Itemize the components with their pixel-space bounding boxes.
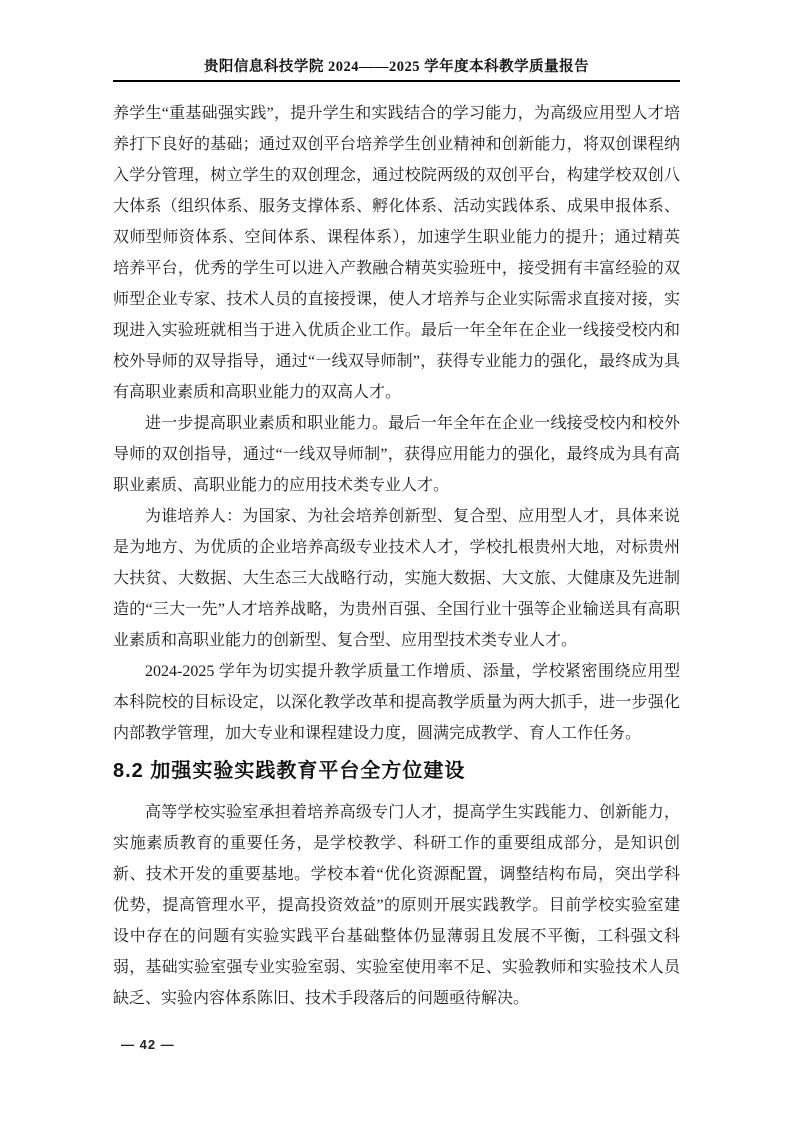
body-paragraph: 2024-2025 学年为切实提升教学质量工作增质、添量，学校紧密围绕应用型本科… [113, 656, 680, 749]
page-number: — 42 — [121, 1037, 175, 1052]
report-title: 贵阳信息科技学院 2024——2025 学年度本科教学质量报告 [113, 57, 680, 78]
body-paragraph: 高等学校实验室承担着培养高级专门人才，提高学生实践能力、创新能力，实施素质教育的… [113, 797, 680, 1014]
document-page: { "header": { "title": "贵阳信息科技学院 2024——2… [0, 0, 793, 1122]
header-divider [113, 80, 680, 82]
document-body: 养学生“重基础强实践”，提升学生和实践结合的学习能力，为高级应用型人才培养打下良… [113, 98, 680, 1014]
page-header: 贵阳信息科技学院 2024——2025 学年度本科教学质量报告 [113, 0, 680, 82]
page-footer: — 42 — [121, 1037, 175, 1052]
body-paragraph: 进一步提高职业素质和职业能力。最后一年全年在企业一线接受校内和校外导师的双创指导… [113, 408, 680, 501]
section-heading: 8.2 加强实验实践教育平台全方位建设 [113, 759, 680, 783]
body-paragraph: 养学生“重基础强实践”，提升学生和实践结合的学习能力，为高级应用型人才培养打下良… [113, 98, 680, 408]
body-paragraph: 为谁培养人：为国家、为社会培养创新型、复合型、应用型人才，具体来说是为地方、为优… [113, 501, 680, 656]
